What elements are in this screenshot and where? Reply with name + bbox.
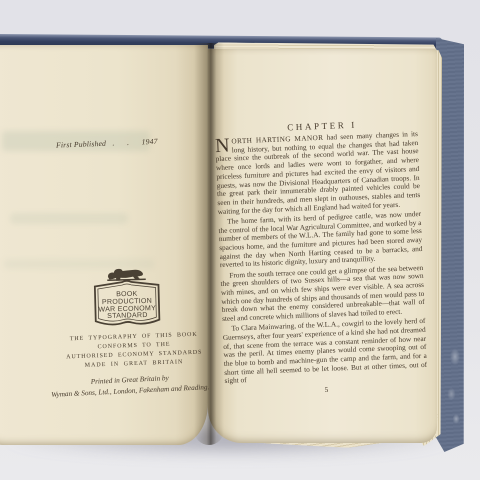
book-photo: First Published . . 1947 BOOK PRODUCTION… [0,0,480,480]
drop-cap: N [215,138,232,154]
chapter-paragraph: To Clara Mainwaring, of the W.L.A., cowg… [222,317,427,386]
show-through-text [10,213,128,224]
chapter-paragraph: NORTH HARTING MANOR had seen many change… [215,130,421,216]
stamp-line-4: STANDARD [107,312,148,320]
chapter-paragraph: From the south terrace one could get a g… [220,263,425,323]
chapter-paragraph: The home farm, with its herd of pedigree… [218,210,423,270]
stamp-line-1: BOOK [116,291,138,299]
war-economy-standard-stamp: BOOK PRODUCTION WAR ECONOMY STANDARD [89,262,165,336]
chapter-body-text: NORTH HARTING MANOR had seen many change… [215,130,428,399]
lion-icon [107,268,146,281]
